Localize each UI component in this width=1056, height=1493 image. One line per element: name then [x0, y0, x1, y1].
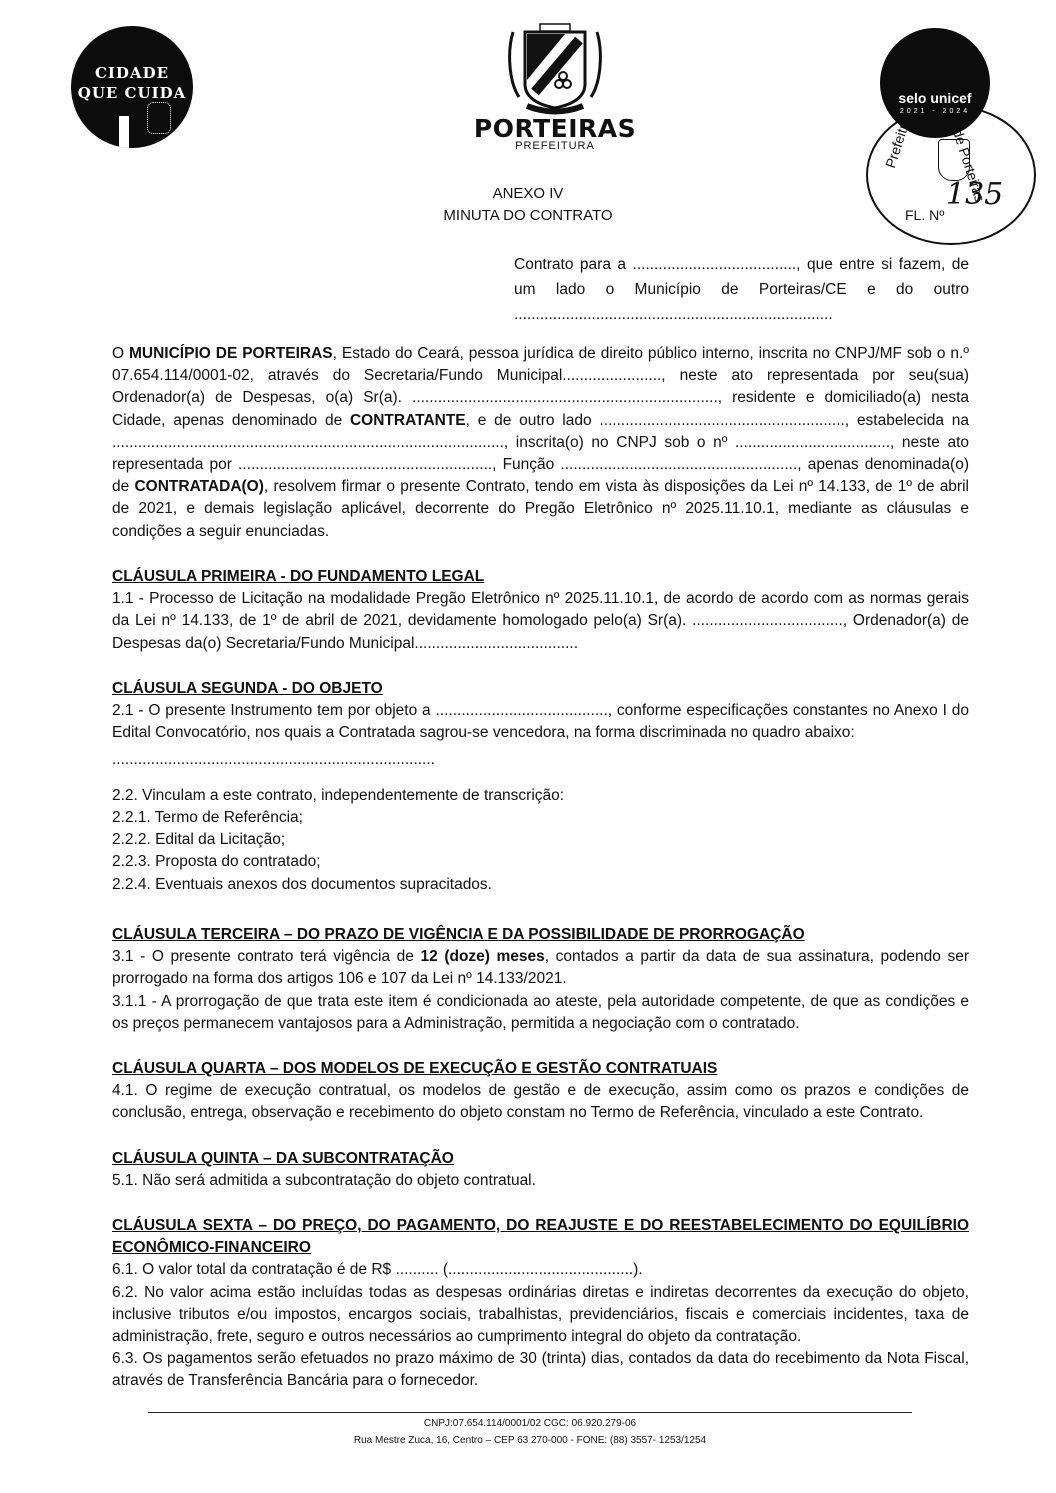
clause-paragraph: 2.1 - O presente Instrumento tem por obj… — [112, 700, 969, 744]
contract-preamble: Contrato para a ........................… — [514, 252, 969, 327]
contratada-term: CONTRATADA(O) — [134, 478, 263, 495]
clause-text: 3.1 - O presente contrato terá vigência … — [112, 948, 421, 965]
clause-heading: CLÁUSULA PRIMEIRA - DO FUNDAMENTO LEGAL — [112, 566, 969, 588]
porteiras-crest-icon — [505, 22, 605, 117]
list-item: 2.2.2. Edital da Licitação; — [112, 829, 969, 851]
clause-paragraph: 4.1. O regime de execução contratual, os… — [112, 1080, 969, 1124]
clause-paragraph: 6.2. No valor acima estão incluídas toda… — [112, 1282, 969, 1349]
badge-bar-icon — [119, 116, 129, 148]
intro-prefix: O — [112, 345, 129, 362]
contratante-term: CONTRATANTE — [350, 412, 466, 429]
badge-emblem-icon — [147, 102, 171, 134]
clause-paragraph: 1.1 - Processo de Licitação na modalidad… — [112, 588, 969, 655]
clause-5: CLÁUSULA QUINTA – DA SUBCONTRATAÇÃO 5.1.… — [112, 1148, 969, 1192]
folio-label: FL. Nº — [905, 207, 944, 223]
clause-1: CLÁUSULA PRIMEIRA - DO FUNDAMENTO LEGAL … — [112, 566, 969, 655]
clause-heading: CLÁUSULA QUARTA – DOS MODELOS DE EXECUÇÃ… — [112, 1058, 969, 1080]
term-duration: 12 (doze) meses — [421, 948, 545, 965]
clause-3: CLÁUSULA TERCEIRA – DO PRAZO DE VIGÊNCIA… — [112, 924, 969, 1035]
clause-paragraph: 3.1 - O presente contrato terá vigência … — [112, 946, 969, 990]
clause-heading: CLÁUSULA SEGUNDA - DO OBJETO — [112, 678, 969, 700]
document-subtitle: MINUTA DO CONTRATO — [400, 207, 656, 224]
clause-4: CLÁUSULA QUARTA – DOS MODELOS DE EXECUÇÃ… — [112, 1058, 969, 1125]
municipality-name: MUNICÍPIO DE PORTEIRAS — [129, 345, 333, 362]
list-item: 2.2.3. Proposta do contratado; — [112, 851, 969, 873]
clause-paragraph: 5.1. Não será admitida a subcontratação … — [112, 1170, 969, 1192]
cidade-que-cuida-badge: CIDADE QUE CUIDA — [71, 26, 193, 148]
clause-2: CLÁUSULA SEGUNDA - DO OBJETO 2.1 - O pre… — [112, 678, 969, 896]
prefeitura-brand: PORTEIRAS — [460, 114, 650, 143]
unicef-seal-text: selo unicef — [880, 90, 990, 106]
folio-number: 135 — [946, 177, 1003, 212]
list-item: 2.2.4. Eventuais anexos dos documentos s… — [112, 874, 969, 896]
clause-6: CLÁUSULA SEXTA – DO PREÇO, DO PAGAMENTO,… — [112, 1215, 969, 1393]
badge-line-2: QUE CUIDA — [71, 84, 193, 102]
clause-paragraph: 2.2. Vinculam a este contrato, independe… — [112, 785, 969, 807]
unicef-seal-years: 2021 - 2024 — [880, 108, 990, 115]
intro-paragraph: O MUNICÍPIO DE PORTEIRAS, Estado do Cear… — [112, 343, 969, 543]
clause-paragraph: 3.1.1 - A prorrogação de que trata este … — [112, 991, 969, 1035]
footer-address: Rua Mestre Zuca, 16, Centro – CEP 63 270… — [148, 1435, 912, 1446]
clause-paragraph: ........................................… — [112, 749, 969, 771]
footer-registration: CNPJ:07.654.114/0001/02 CGC: 06.920.279-… — [148, 1418, 912, 1429]
clause-heading: CLÁUSULA SEXTA – DO PREÇO, DO PAGAMENTO,… — [112, 1215, 969, 1259]
clause-heading: CLÁUSULA QUINTA – DA SUBCONTRATAÇÃO — [112, 1148, 969, 1170]
list-item: 2.2.1. Termo de Referência; — [112, 807, 969, 829]
clause-paragraph: 6.3. Os pagamentos serão efetuados no pr… — [112, 1348, 969, 1392]
clause-paragraph: 6.1. O valor total da contratação é de R… — [112, 1259, 969, 1281]
unicef-seal: selo unicef 2021 - 2024 — [880, 28, 990, 138]
shield-icon — [938, 139, 970, 181]
footer-divider — [148, 1412, 912, 1413]
annex-title: ANEXO IV — [400, 185, 656, 202]
clause-heading: CLÁUSULA TERCEIRA – DO PRAZO DE VIGÊNCIA… — [112, 924, 969, 946]
prefeitura-subtitle: PREFEITURA — [460, 140, 650, 152]
badge-line-1: CIDADE — [71, 64, 193, 82]
